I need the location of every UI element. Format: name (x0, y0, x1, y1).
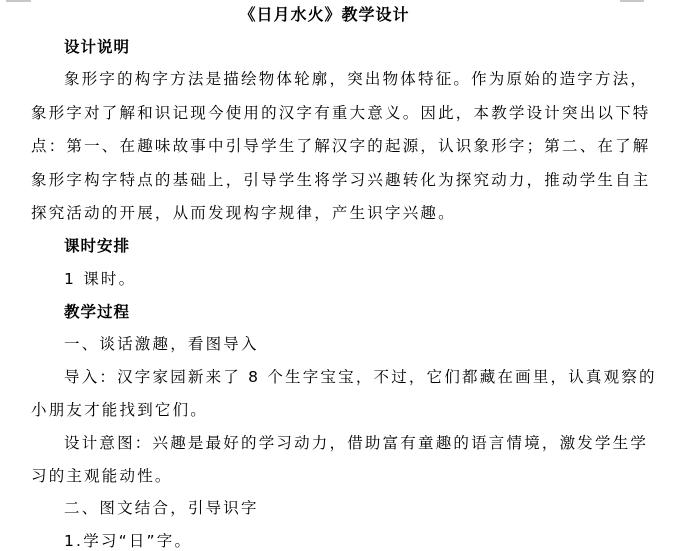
paragraph-line: 象形字构字特点的基础上，引导学生将学习兴趣转化为探究动力，推动学生自主 (31, 169, 651, 191)
page-corner-mark-right (620, 0, 644, 2)
paragraph-line: 习的主观能动性。 (31, 465, 173, 487)
page-corner-mark-left (6, 0, 31, 2)
step-heading-2: 二、图文结合，引导识字 (64, 497, 259, 519)
paragraph-line: 点：第一、在趣味故事中引导学生了解汉字的起源，认识象形字；第二、在了解 (31, 135, 651, 157)
section-heading-process: 教学过程 (64, 301, 130, 323)
step-item: 1.学习“日”字。 (64, 530, 192, 551)
paragraph-line: 象形字对了解和识记现今使用的汉字有重大意义。因此，本教学设计突出以下特 (31, 102, 651, 124)
paragraph-line: 设计意图：兴趣是最好的学习动力，借助富有童趣的语言情境，激发学生学 (64, 432, 648, 454)
paragraph-line: 探究活动的开展，从而发现构字规律，产生识字兴趣。 (31, 202, 456, 224)
paragraph-line: 小朋友才能找到它们。 (31, 399, 208, 421)
document-title: 《日月水火》教学设计 (31, 4, 618, 26)
section-heading-schedule: 课时安排 (64, 235, 130, 257)
paragraph-line: 导入：汉字家园新来了 8 个生字宝宝，不过，它们都藏在画里，认真观察的 (64, 366, 657, 388)
section-heading-design-note: 设计说明 (64, 36, 130, 58)
schedule-text: 1 课时。 (64, 268, 136, 290)
step-heading-1: 一、谈话激趣，看图导入 (64, 333, 259, 355)
paragraph-line: 象形字的构字方法是描绘物体轮廓，突出物体特征。作为原始的造字方法， (64, 68, 648, 90)
